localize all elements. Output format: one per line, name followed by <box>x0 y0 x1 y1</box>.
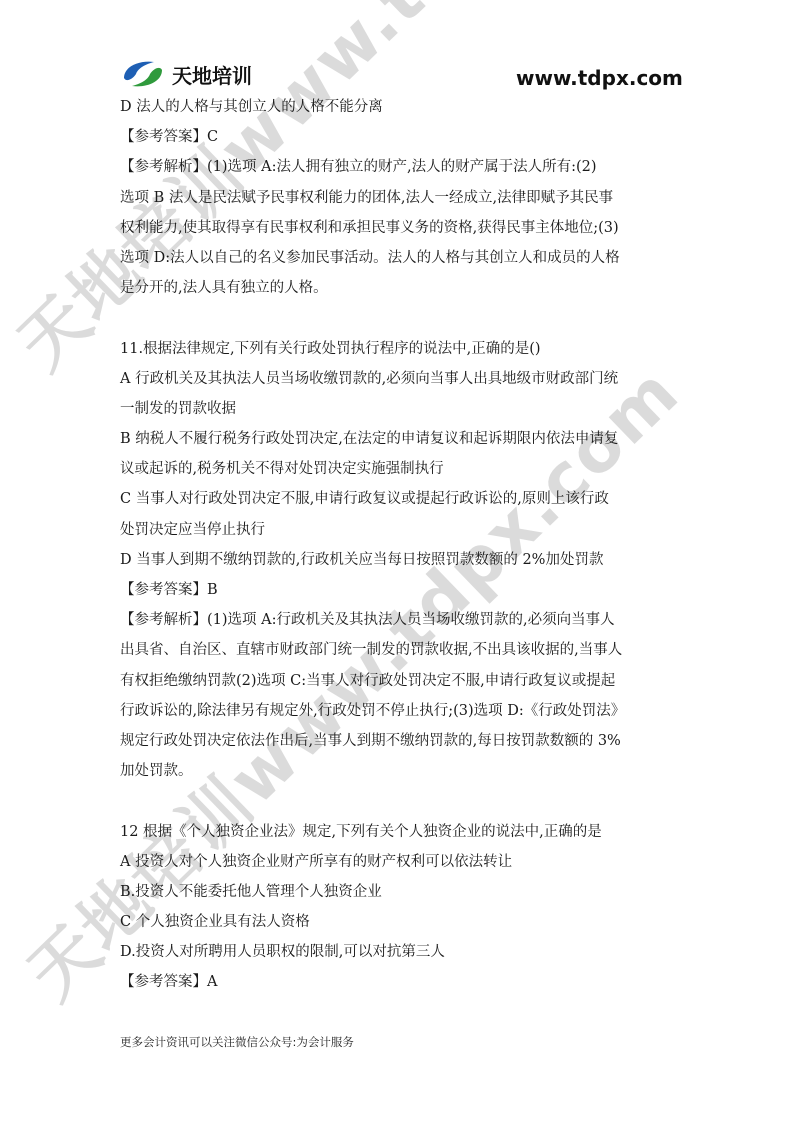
page-header: 天地培训 www.tdpx.com <box>0 0 793 95</box>
q12-option-a: A 投资人对个人独资企业财产所享有的财产权利可以依法转让 <box>120 847 680 877</box>
q10-analysis-line: 选项 D:法人以自己的名义参加民事活动。法人的人格与其创立人和成员的人格 <box>120 243 680 273</box>
q11-analysis-line: 规定行政处罚决定依法作出后,当事人到期不缴纳罚款的,每日按罚款数额的 3% <box>120 726 680 756</box>
q11-analysis-line: 有权拒绝缴纳罚款(2)选项 C:当事人对行政处罚决定不服,申请行政复议或提起 <box>120 666 680 696</box>
q10-analysis-line: 是分开的,法人具有独立的人格。 <box>120 273 680 303</box>
spacer <box>120 303 680 333</box>
q11-analysis-line: 加处罚款。 <box>120 756 680 786</box>
brand-logo: 天地培训 <box>120 58 252 90</box>
q12-question: 12 根据《个人独资企业法》规定,下列有关个人独资企业的说法中,正确的是 <box>120 817 680 847</box>
q11-option-line: 议或起诉的,税务机关不得对处罚决定实施强制执行 <box>120 454 680 484</box>
q11-answer: 【参考答案】B <box>120 575 680 605</box>
q11-option-line: D 当事人到期不缴纳罚款的,行政机关应当每日按照罚款数额的 2%加处罚款 <box>120 545 680 575</box>
q12-option-d: D.投资人对所聘用人员职权的限制,可以对抗第三人 <box>120 937 680 967</box>
q11-option-line: A 行政机关及其执法人员当场收缴罚款的,必须向当事人出具地级市财政部门统 <box>120 364 680 394</box>
q10-answer: 【参考答案】C <box>120 122 680 152</box>
document-body: D 法人的人格与其创立人的人格不能分离 【参考答案】C 【参考解析】(1)选项 … <box>120 92 680 998</box>
logo-swoosh-icon <box>120 58 166 90</box>
q10-analysis-line: 权利能力,使其取得享有民事权利和承担民事义务的资格,获得民事主体地位;(3) <box>120 213 680 243</box>
q12-option-c: C 个人独资企业具有法人资格 <box>120 907 680 937</box>
spacer <box>120 786 680 816</box>
logo-text: 天地培训 <box>172 60 252 89</box>
q10-analysis-line: 【参考解析】(1)选项 A:法人拥有独立的财产,法人的财产属于法人所有:(2) <box>120 152 680 182</box>
q11-question: 11.根据法律规定,下列有关行政处罚执行程序的说法中,正确的是() <box>120 334 680 364</box>
q11-analysis-line: 【参考解析】(1)选项 A:行政机关及其执法人员当场收缴罚款的,必须向当事人 <box>120 605 680 635</box>
q11-option-line: B 纳税人不履行税务行政处罚决定,在法定的申请复议和起诉期限内依法申请复 <box>120 424 680 454</box>
footer-note: 更多会计资讯可以关注微信公众号:为会计服务 <box>120 1034 354 1050</box>
q11-option-line: C 当事人对行政处罚决定不服,申请行政复议或提起行政诉讼的,原则上该行政 <box>120 484 680 514</box>
q12-answer: 【参考答案】A <box>120 967 680 997</box>
q11-analysis-line: 行政诉讼的,除法律另有规定外,行政处罚不停止执行;(3)选项 D:《行政处罚法》 <box>120 696 680 726</box>
q11-option-line: 处罚决定应当停止执行 <box>120 515 680 545</box>
q12-option-b: B.投资人不能委托他人管理个人独资企业 <box>120 877 680 907</box>
q10-option-d: D 法人的人格与其创立人的人格不能分离 <box>120 92 680 122</box>
site-url: www.tdpx.com <box>516 66 683 90</box>
q11-option-line: 一制发的罚款收据 <box>120 394 680 424</box>
q10-analysis-line: 选项 B 法人是民法赋予民事权利能力的团体,法人一经成立,法律即赋予其民事 <box>120 183 680 213</box>
q11-analysis-line: 出具省、自治区、直辖市财政部门统一制发的罚款收据,不出具该收据的,当事人 <box>120 635 680 665</box>
